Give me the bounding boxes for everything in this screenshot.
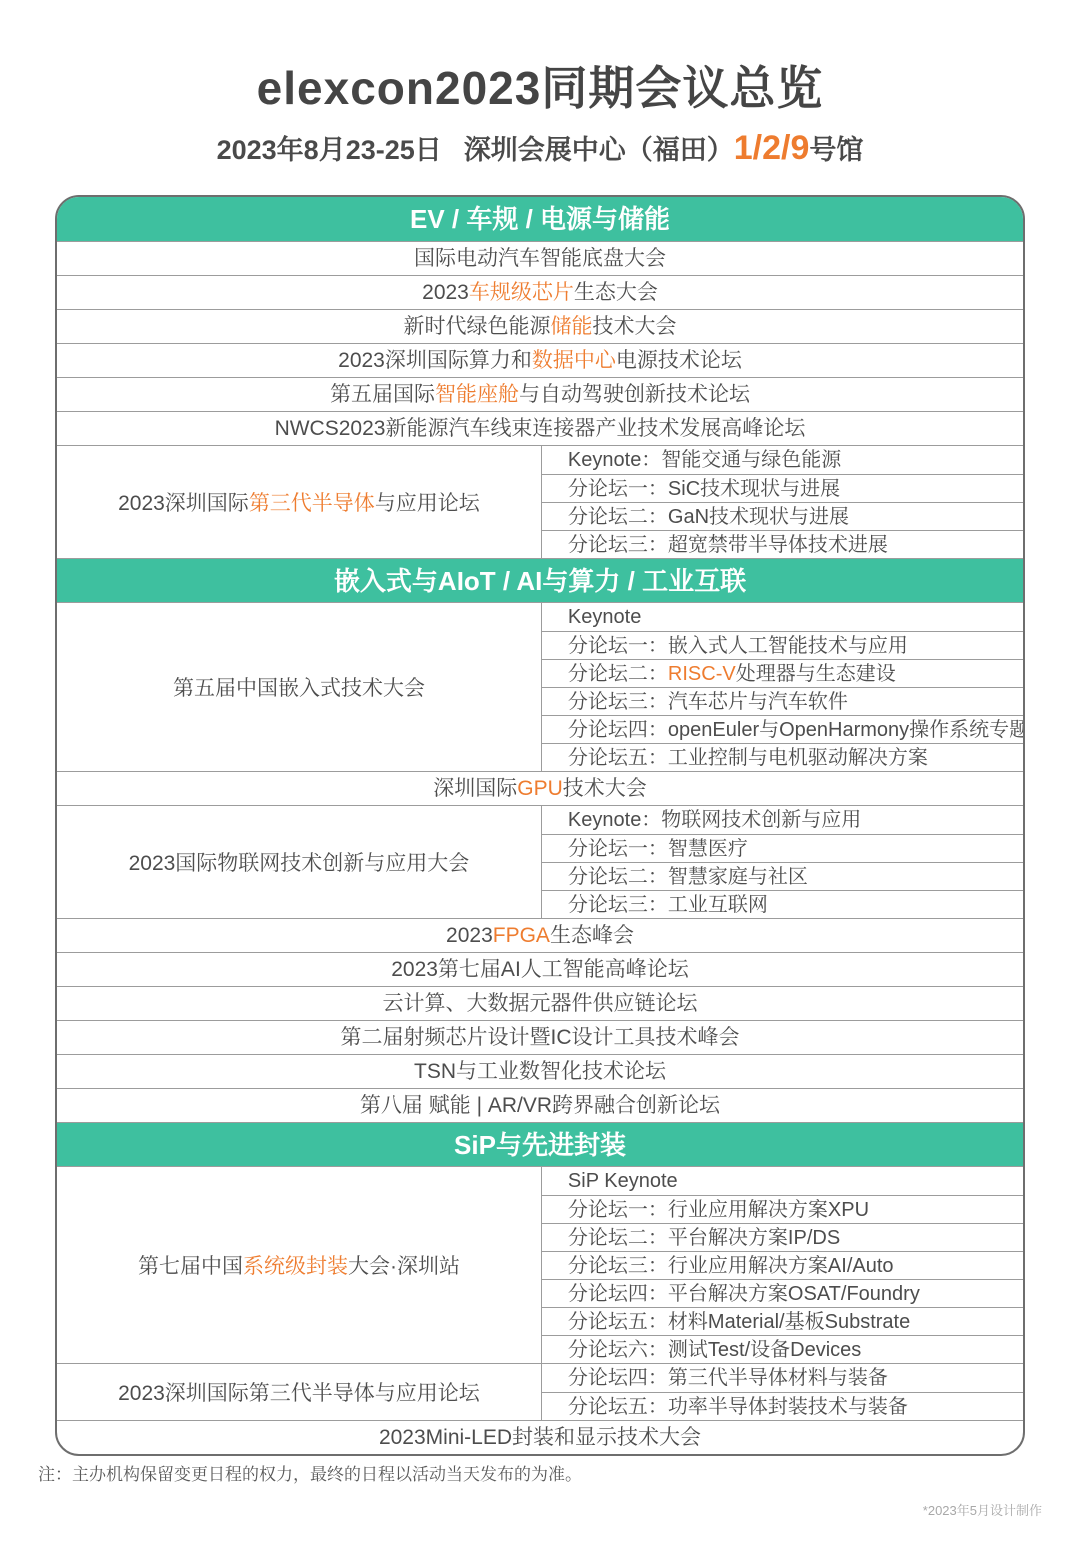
text: Keynote：物联网技术创新与应用 [568, 809, 861, 831]
text: 与自动驾驶创新技术论坛 [519, 383, 750, 406]
text: 分论坛三：汽车芯片与汽车软件 [568, 691, 848, 713]
text: 2023Mini-LED封装和显示技术大会 [379, 1426, 701, 1449]
conference-row: 2023Mini-LED封装和显示技术大会 [57, 1420, 1023, 1454]
text: 技术大会 [593, 315, 677, 338]
forum-row: 分论坛三：工业互联网 [542, 890, 1023, 918]
highlight-text: 系统级封装 [243, 1250, 348, 1280]
forum-list-cell: 分论坛四：第三代半导体材料与装备分论坛五：功率半导体封装技术与装备 [542, 1364, 1023, 1420]
conference-row-split: 2023深圳国际第三代半导体与应用论坛Keynote：智能交通与绿色能源分论坛一… [57, 445, 1023, 558]
text: 分论坛一：智慧医疗 [568, 838, 748, 860]
text: 2023国际物联网技术创新与应用大会 [129, 847, 470, 877]
conference-row: 新时代绿色能源储能技术大会 [57, 309, 1023, 343]
text: 深圳国际 [433, 777, 517, 800]
conference-row: 国际电动汽车智能底盘大会 [57, 241, 1023, 275]
forum-row: 分论坛四：平台解决方案OSAT/Foundry [542, 1279, 1023, 1307]
section-header-bar: SiP与先进封装 [57, 1122, 1023, 1166]
text: 处理器与生态建设 [736, 663, 896, 685]
conference-row-split: 第五届中国嵌入式技术大会Keynote分论坛一：嵌入式人工智能技术与应用分论坛二… [57, 602, 1023, 771]
forum-row: 分论坛五：功率半导体封装技术与装备 [542, 1392, 1023, 1420]
footer-note: 注：主办机构保留变更日程的权力，最终的日程以活动当天发布的为准。 [38, 1460, 582, 1485]
conference-name-cell: 2023深圳国际第三代半导体与应用论坛 [57, 1364, 542, 1420]
text: 分论坛四：openEuler与OpenHarmony操作系统专题 [568, 719, 1025, 741]
text: 分论坛三：工业互联网 [568, 894, 768, 916]
conference-name-cell: 2023国际物联网技术创新与应用大会 [57, 806, 542, 918]
forum-row: 分论坛四：openEuler与OpenHarmony操作系统专题 [542, 715, 1023, 743]
text: 第五届国际 [330, 383, 435, 406]
conference-row: 云计算、大数据元器件供应链论坛 [57, 986, 1023, 1020]
conference-row: 第五届国际智能座舱与自动驾驶创新技术论坛 [57, 377, 1023, 411]
conference-name-cell: 第七届中国系统级封装大会·深圳站 [57, 1167, 542, 1363]
text: 第五届中国嵌入式技术大会 [173, 672, 425, 702]
text: TSN与工业数智化技术论坛 [414, 1060, 666, 1083]
text: 新时代绿色能源 [404, 315, 551, 338]
text: 生态大会 [574, 281, 658, 304]
forum-row: 分论坛一：SiC技术现状与进展 [542, 474, 1023, 502]
conference-name-cell: 第五届中国嵌入式技术大会 [57, 603, 542, 771]
conference-row: 2023深圳国际算力和数据中心电源技术论坛 [57, 343, 1023, 377]
highlight-text: GPU [517, 777, 563, 800]
text: 2023第七届AI人工智能高峰论坛 [391, 958, 689, 981]
forum-row: 分论坛五：工业控制与电机驱动解决方案 [542, 743, 1023, 771]
forum-row: 分论坛二：RISC-V处理器与生态建设 [542, 659, 1023, 687]
conference-row: 第二届射频芯片设计暨IC设计工具技术峰会 [57, 1020, 1023, 1054]
conference-row: TSN与工业数智化技术论坛 [57, 1054, 1023, 1088]
highlight-text: RISC-V [668, 663, 736, 685]
text: 与应用论坛 [375, 487, 480, 517]
text: 生态峰会 [550, 924, 634, 947]
text: 2023深圳国际 [118, 487, 249, 517]
text: 2023 [446, 924, 493, 947]
text: Keynote [568, 606, 641, 628]
text: 2023深圳国际算力和 [338, 349, 532, 372]
text: 2023深圳国际第三代半导体与应用论坛 [118, 1377, 480, 1407]
forum-row: 分论坛三：汽车芯片与汽车软件 [542, 687, 1023, 715]
text: 分论坛五：功率半导体封装技术与装备 [568, 1396, 908, 1418]
highlight-text: 数据中心 [532, 349, 616, 372]
text: 分论坛四：第三代半导体材料与装备 [568, 1367, 888, 1389]
highlight-text: 车规级芯片 [469, 281, 574, 304]
text: 第八届 赋能 | AR/VR跨界融合创新论坛 [360, 1094, 720, 1117]
forum-row: Keynote [542, 603, 1023, 631]
highlight-text: 智能座舱 [435, 383, 519, 406]
conference-row: 2023FPGA生态峰会 [57, 918, 1023, 952]
conference-row-split: 2023深圳国际第三代半导体与应用论坛分论坛四：第三代半导体材料与装备分论坛五：… [57, 1363, 1023, 1420]
page-title: elexcon2023同期会议总览 [0, 52, 1080, 118]
forum-row: 分论坛三：超宽禁带半导体技术进展 [542, 530, 1023, 558]
design-credit: *2023年5月设计制作 [923, 1500, 1042, 1519]
highlight-text: FPGA [493, 924, 550, 947]
text: 分论坛四：平台解决方案OSAT/Foundry [568, 1283, 920, 1305]
hall-suffix: 号馆 [809, 135, 863, 165]
conference-table: EV / 车规 / 电源与储能国际电动汽车智能底盘大会2023车规级芯片生态大会… [55, 195, 1025, 1456]
highlight-text: 储能 [551, 315, 593, 338]
event-venue: 深圳会展中心（福田） [464, 135, 734, 165]
text: 电源技术论坛 [616, 349, 742, 372]
conference-row-split: 2023国际物联网技术创新与应用大会Keynote：物联网技术创新与应用分论坛一… [57, 805, 1023, 918]
conference-row: 2023车规级芯片生态大会 [57, 275, 1023, 309]
forum-row: 分论坛四：第三代半导体材料与装备 [542, 1364, 1023, 1392]
text: SiP Keynote [568, 1170, 678, 1192]
forum-list-cell: SiP Keynote分论坛一：行业应用解决方案XPU分论坛二：平台解决方案IP… [542, 1167, 1023, 1363]
text: 分论坛五：工业控制与电机驱动解决方案 [568, 747, 928, 769]
text: 国际电动汽车智能底盘大会 [414, 247, 666, 270]
text: 第七届中国 [138, 1250, 243, 1280]
forum-row: 分论坛一：行业应用解决方案XPU [542, 1195, 1023, 1223]
text: 分论坛二： [568, 663, 668, 685]
forum-row: 分论坛二：平台解决方案IP/DS [542, 1223, 1023, 1251]
forum-row: 分论坛五：材料Material/基板Substrate [542, 1307, 1023, 1335]
section-header-bar: EV / 车规 / 电源与储能 [57, 197, 1023, 241]
text: NWCS2023新能源汽车线束连接器产业技术发展高峰论坛 [275, 417, 806, 440]
text: 第二届射频芯片设计暨IC设计工具技术峰会 [341, 1026, 740, 1049]
text: 分论坛二：智慧家庭与社区 [568, 866, 808, 888]
forum-list-cell: Keynote：智能交通与绿色能源分论坛一：SiC技术现状与进展分论坛二：GaN… [542, 446, 1023, 558]
conference-row: NWCS2023新能源汽车线束连接器产业技术发展高峰论坛 [57, 411, 1023, 445]
forum-row: 分论坛二：智慧家庭与社区 [542, 862, 1023, 890]
forum-row: SiP Keynote [542, 1167, 1023, 1195]
text: 分论坛三：行业应用解决方案AI/Auto [568, 1255, 894, 1277]
event-date: 2023年8月23-25日 [217, 135, 442, 165]
forum-list-cell: Keynote分论坛一：嵌入式人工智能技术与应用分论坛二：RISC-V处理器与生… [542, 603, 1023, 771]
forum-row: Keynote：智能交通与绿色能源 [542, 446, 1023, 474]
text: 分论坛五：材料Material/基板Substrate [568, 1311, 910, 1333]
forum-row: 分论坛六：测试Test/设备Devices [542, 1335, 1023, 1363]
forum-row: 分论坛一：嵌入式人工智能技术与应用 [542, 631, 1023, 659]
conference-row: 第八届 赋能 | AR/VR跨界融合创新论坛 [57, 1088, 1023, 1122]
conference-name-cell: 2023深圳国际第三代半导体与应用论坛 [57, 446, 542, 558]
conference-row-split: 第七届中国系统级封装大会·深圳站SiP Keynote分论坛一：行业应用解决方案… [57, 1166, 1023, 1363]
text: Keynote：智能交通与绿色能源 [568, 449, 841, 471]
conference-row: 2023第七届AI人工智能高峰论坛 [57, 952, 1023, 986]
highlight-text: 第三代半导体 [249, 487, 375, 517]
section-header-bar: 嵌入式与AIoT / AI与算力 / 工业互联 [57, 558, 1023, 602]
text: 2023 [422, 281, 469, 304]
forum-row: 分论坛一：智慧医疗 [542, 834, 1023, 862]
text: 分论坛一：行业应用解决方案XPU [568, 1199, 869, 1221]
text: 分论坛二：平台解决方案IP/DS [568, 1227, 840, 1249]
text: 分论坛三：超宽禁带半导体技术进展 [568, 534, 888, 556]
text: 分论坛一：SiC技术现状与进展 [568, 478, 840, 500]
text: 大会·深圳站 [348, 1250, 460, 1280]
text: 分论坛一：嵌入式人工智能技术与应用 [568, 635, 908, 657]
conference-row: 深圳国际GPU技术大会 [57, 771, 1023, 805]
forum-row: Keynote：物联网技术创新与应用 [542, 806, 1023, 834]
page-subtitle: 2023年8月23-25日深圳会展中心（福田）1/2/9号馆 [0, 128, 1080, 168]
text: 分论坛二：GaN技术现状与进展 [568, 506, 849, 528]
text: 技术大会 [563, 777, 647, 800]
forum-list-cell: Keynote：物联网技术创新与应用分论坛一：智慧医疗分论坛二：智慧家庭与社区分… [542, 806, 1023, 918]
text: 分论坛六：测试Test/设备Devices [568, 1339, 861, 1361]
hall-numbers: 1/2/9 [734, 129, 810, 167]
forum-row: 分论坛三：行业应用解决方案AI/Auto [542, 1251, 1023, 1279]
text: 云计算、大数据元器件供应链论坛 [383, 992, 698, 1015]
forum-row: 分论坛二：GaN技术现状与进展 [542, 502, 1023, 530]
